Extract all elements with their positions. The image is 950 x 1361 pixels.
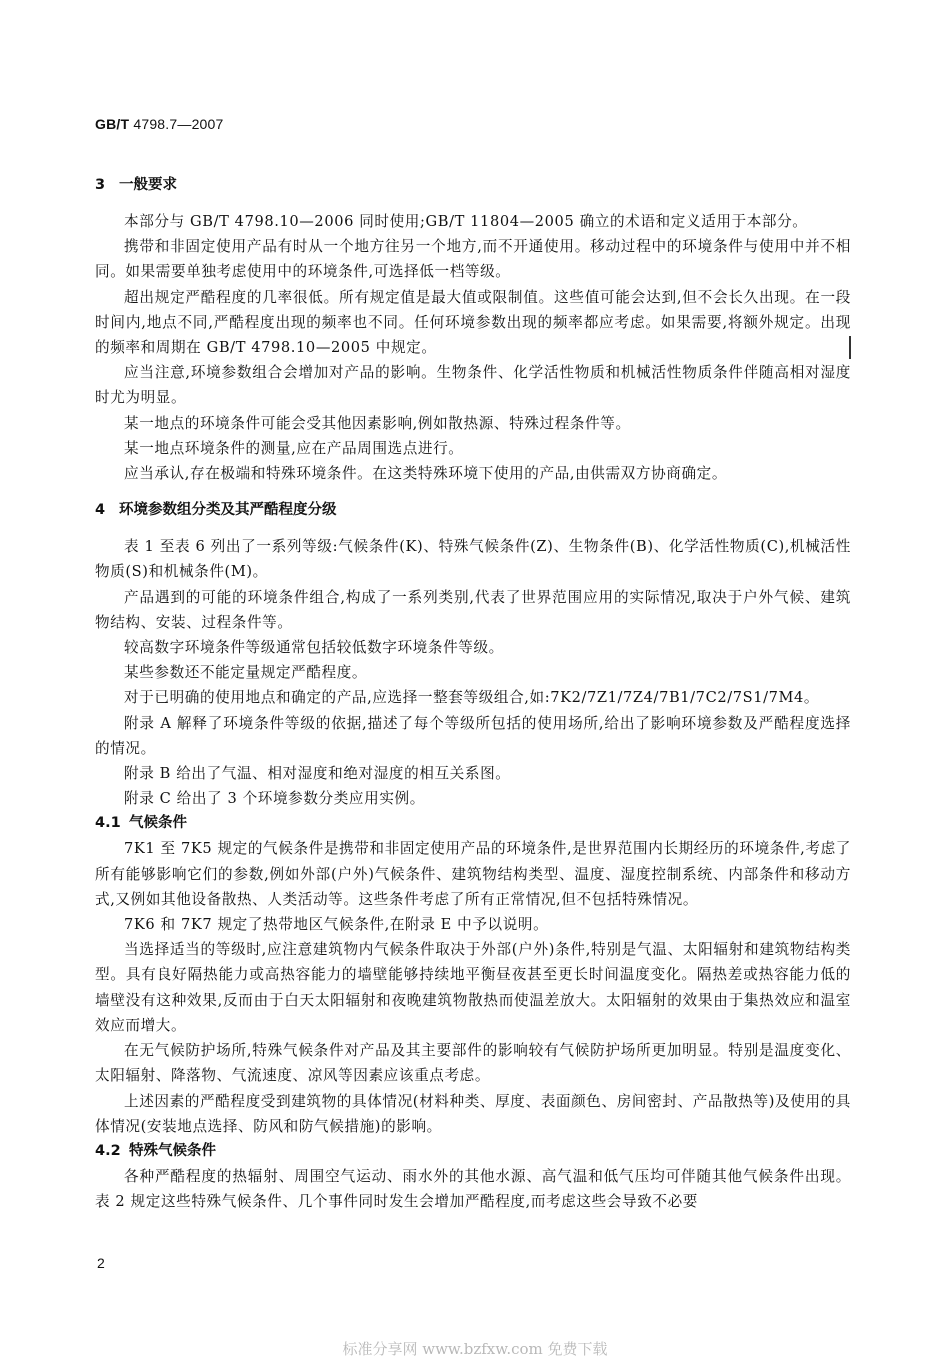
section-title: 环境参数组分类及其严酷程度分级 [119,502,337,518]
standard-prefix: GB/T [95,116,129,132]
paragraph: 应当承认,存在极端和特殊环境条件。在这类特殊环境下使用的产品,由供需双方协商确定… [95,461,851,486]
revision-change-bar [849,336,851,359]
paragraph: 对于已明确的使用地点和确定的产品,应选择一整套等级组合,如:7K2/7Z1/7Z… [95,685,851,710]
paragraph: 某一地点环境条件的测量,应在产品周围选点进行。 [95,436,851,461]
section-4-2-heading: 4.2特殊气候条件 [95,1139,851,1164]
section-number: 4.1 [95,811,129,836]
paragraph: 在无气候防护场所,特殊气候条件对产品及其主要部件的影响较有气候防护场所更加明显。… [95,1038,851,1088]
watermark-text: 标准分享网 www.bzfxw.com 免费下载 [0,1338,950,1359]
paragraph: 本部分与 GB/T 4798.10—2006 同时使用;GB/T 11804—2… [95,209,851,234]
paragraph: 附录 B 给出了气温、相对湿度和绝对湿度的相互关系图。 [95,761,851,786]
paragraph: 上述因素的严酷程度受到建筑物的具体情况(材料种类、厚度、表面颜色、房间密封、产品… [95,1089,851,1139]
section-number: 3 [95,173,119,198]
standard-number: 4798.7—2007 [133,116,223,132]
paragraph: 7K1 至 7K5 规定的气候条件是携带和非固定使用产品的环境条件,是世界范围内… [95,836,851,912]
document-body: 3一般要求 本部分与 GB/T 4798.10—2006 同时使用;GB/T 1… [95,173,851,1214]
paragraph: 各种严酷程度的热辐射、周围空气运动、雨水外的其他水源、高气温和低气压均可伴随其他… [95,1164,851,1214]
document-page: GB/T 4798.7—2007 3一般要求 本部分与 GB/T 4798.10… [0,0,950,1361]
section-title: 一般要求 [119,177,177,193]
standard-header: GB/T 4798.7—2007 [95,116,224,132]
paragraph: 应当注意,环境参数组合会增加对产品的影响。生物条件、化学活性物质和机械活性物质条… [95,360,851,410]
paragraph: 超出规定严酷程度的几率很低。所有规定值是最大值或限制值。这些值可能会达到,但不会… [95,285,851,361]
paragraph: 较高数字环境条件等级通常包括较低数字环境条件等级。 [95,635,851,660]
paragraph: 某一地点的环境条件可能会受其他因素影响,例如散热源、特殊过程条件等。 [95,411,851,436]
page-number: 2 [97,1255,105,1271]
section-title: 气候条件 [129,815,187,831]
paragraph: 产品遇到的可能的环境条件组合,构成了一系列类别,代表了世界范围应用的实际情况,取… [95,585,851,635]
section-4-heading: 4环境参数组分类及其严酷程度分级 [95,498,851,523]
paragraph: 附录 C 给出了 3 个环境参数分类应用实例。 [95,786,851,811]
paragraph: 附录 A 解释了环境条件等级的依据,描述了每个等级所包括的使用场所,给出了影响环… [95,711,851,761]
section-title: 特殊气候条件 [129,1143,216,1159]
section-number: 4.2 [95,1139,129,1164]
section-4-1-heading: 4.1气候条件 [95,811,851,836]
paragraph: 表 1 至表 6 列出了一系列等级:气候条件(K)、特殊气候条件(Z)、生物条件… [95,534,851,584]
paragraph: 当选择适当的等级时,应注意建筑物内气候条件取决于外部(户外)条件,特别是气温、太… [95,937,851,1038]
paragraph: 某些参数还不能定量规定严酷程度。 [95,660,851,685]
section-number: 4 [95,498,119,523]
section-3-heading: 3一般要求 [95,173,851,198]
paragraph: 7K6 和 7K7 规定了热带地区气候条件,在附录 E 中予以说明。 [95,912,851,937]
paragraph: 携带和非固定使用产品有时从一个地方往另一个地方,而不开通使用。移动过程中的环境条… [95,234,851,284]
